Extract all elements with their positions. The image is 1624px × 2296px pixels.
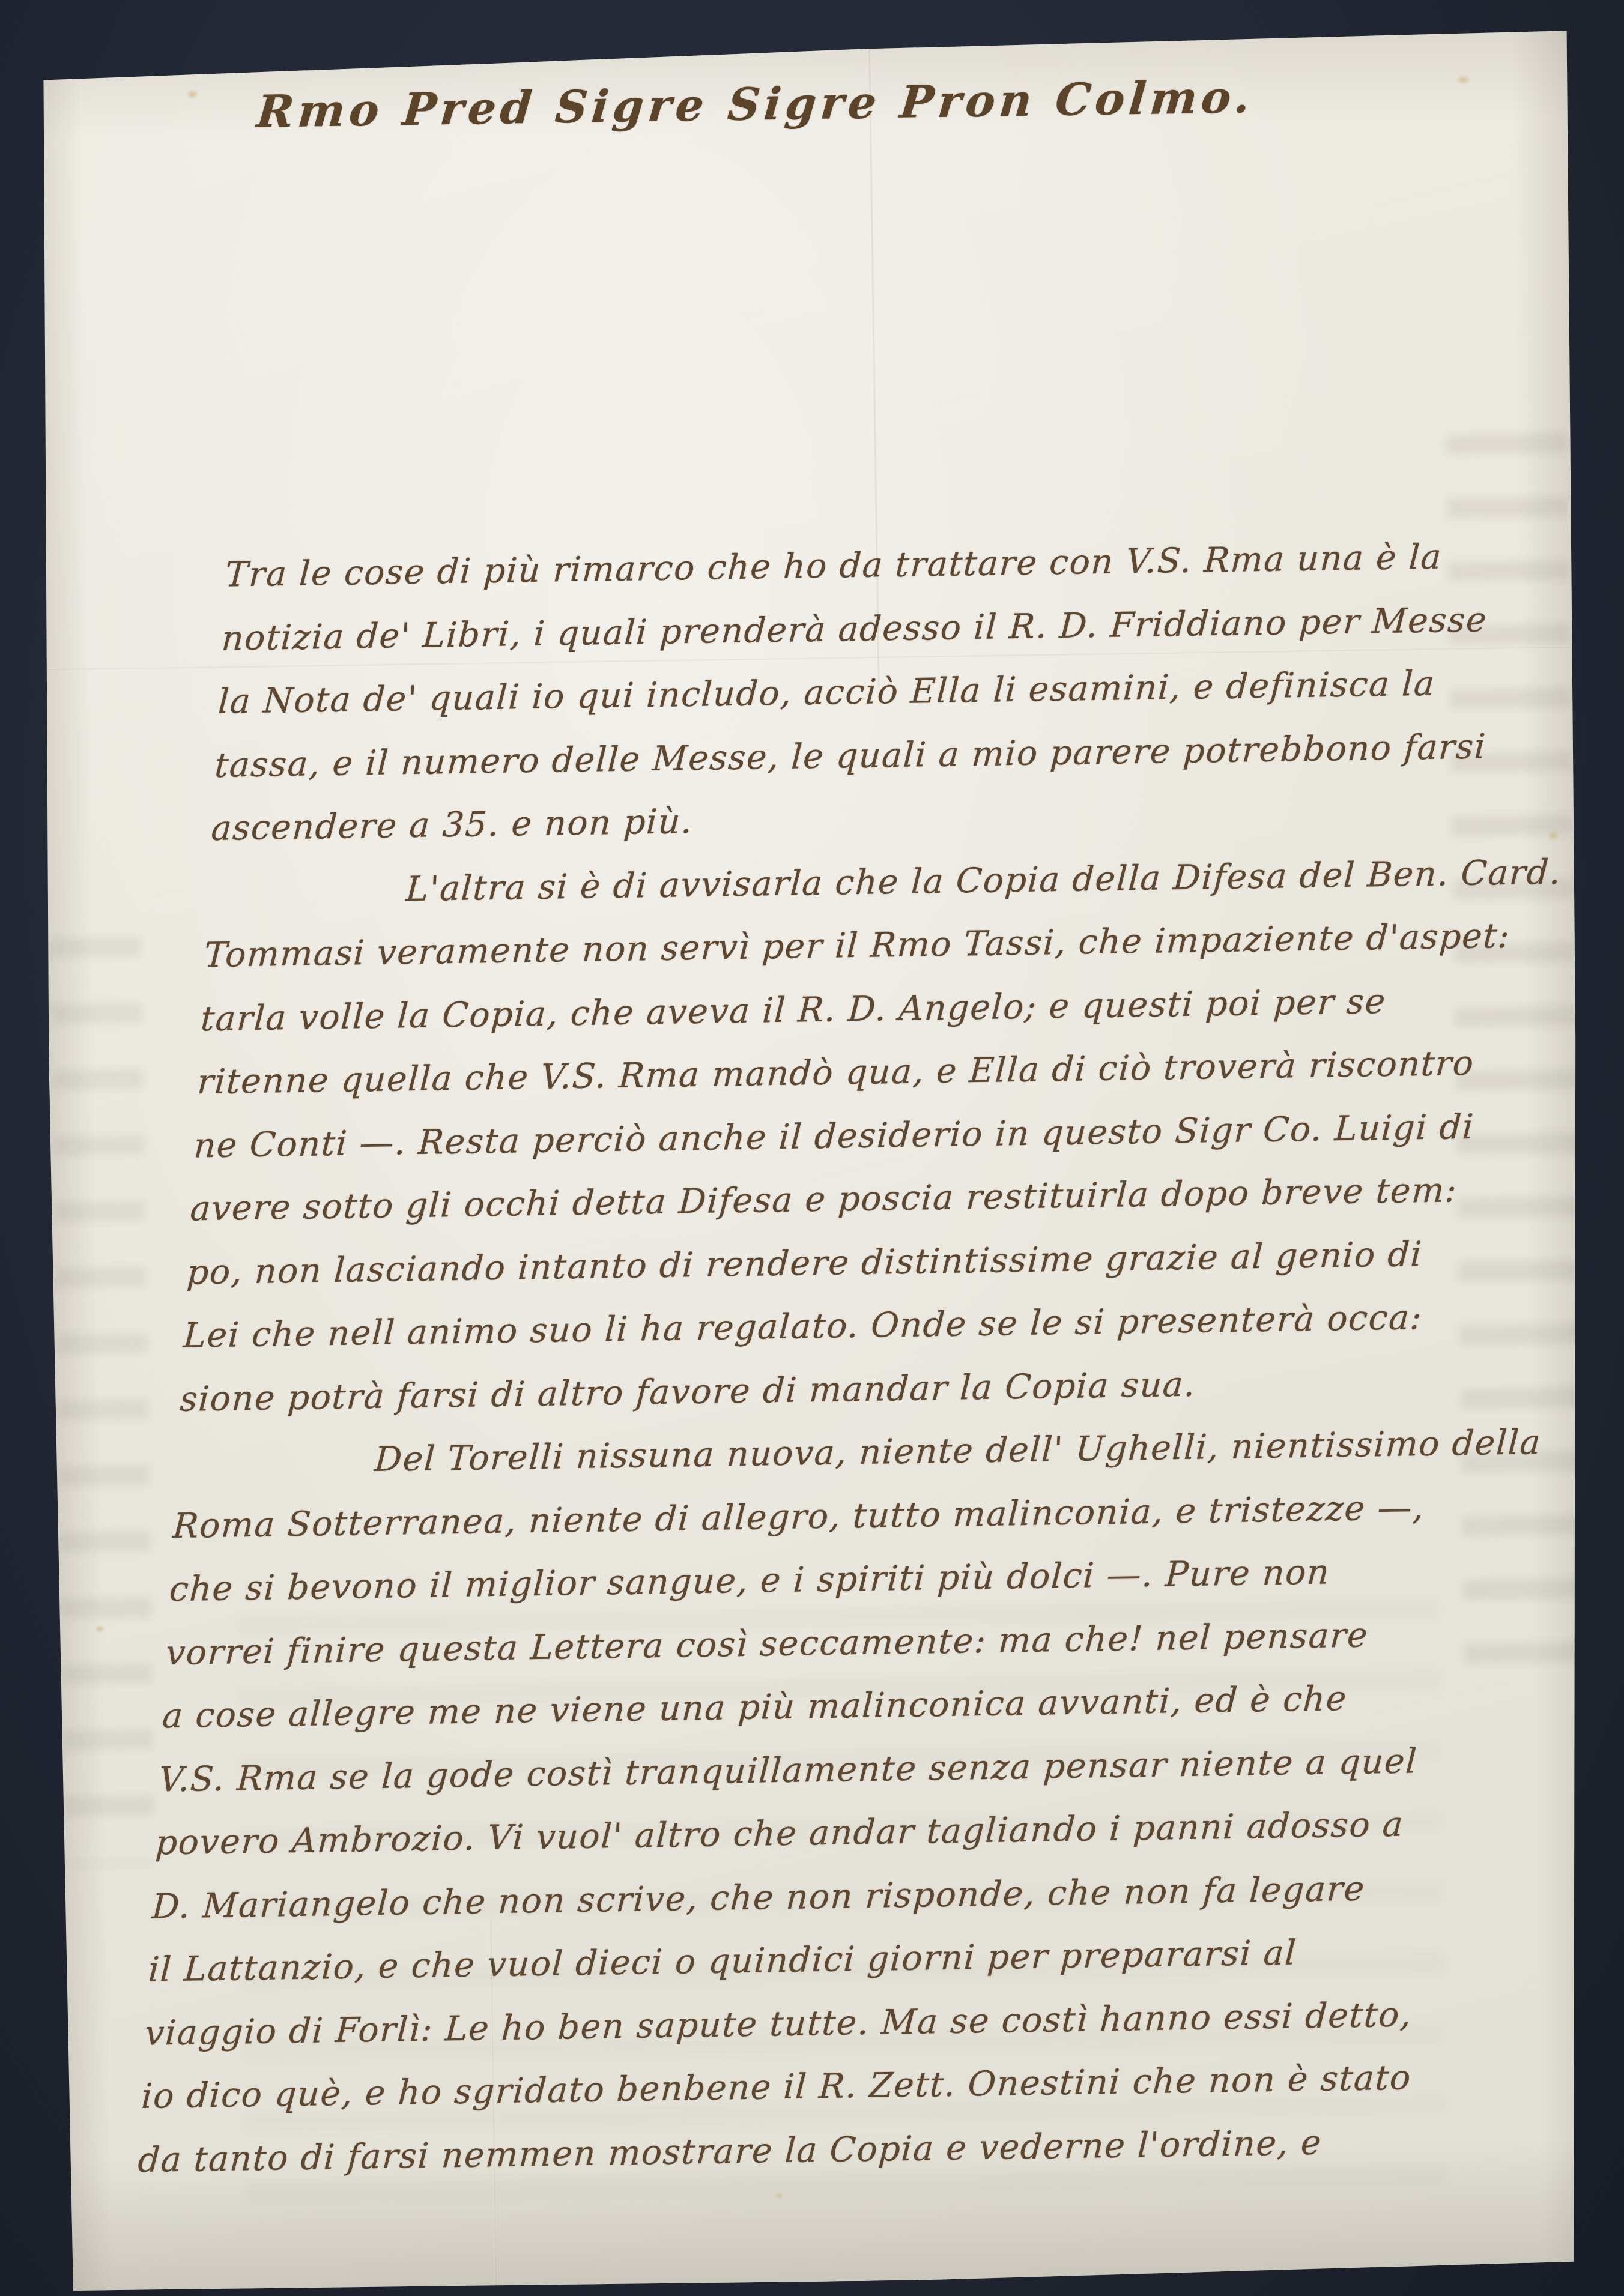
photo-backdrop: Rmo Pred Sigre Sigre Pron Colmo. Tra le …	[0, 0, 1624, 2296]
salutation-line: Rmo Pred Sigre Sigre Pron Colmo.	[32, 68, 1478, 142]
letter-page: Rmo Pred Sigre Sigre Pron Colmo. Tra le …	[34, 29, 1604, 2293]
foxing-stain	[1547, 830, 1559, 842]
letter-body: Tra le cose di più rimarco che ho da tra…	[136, 536, 1553, 2204]
foxing-stain	[94, 1625, 105, 1633]
ink-show-through-left	[50, 904, 155, 1866]
